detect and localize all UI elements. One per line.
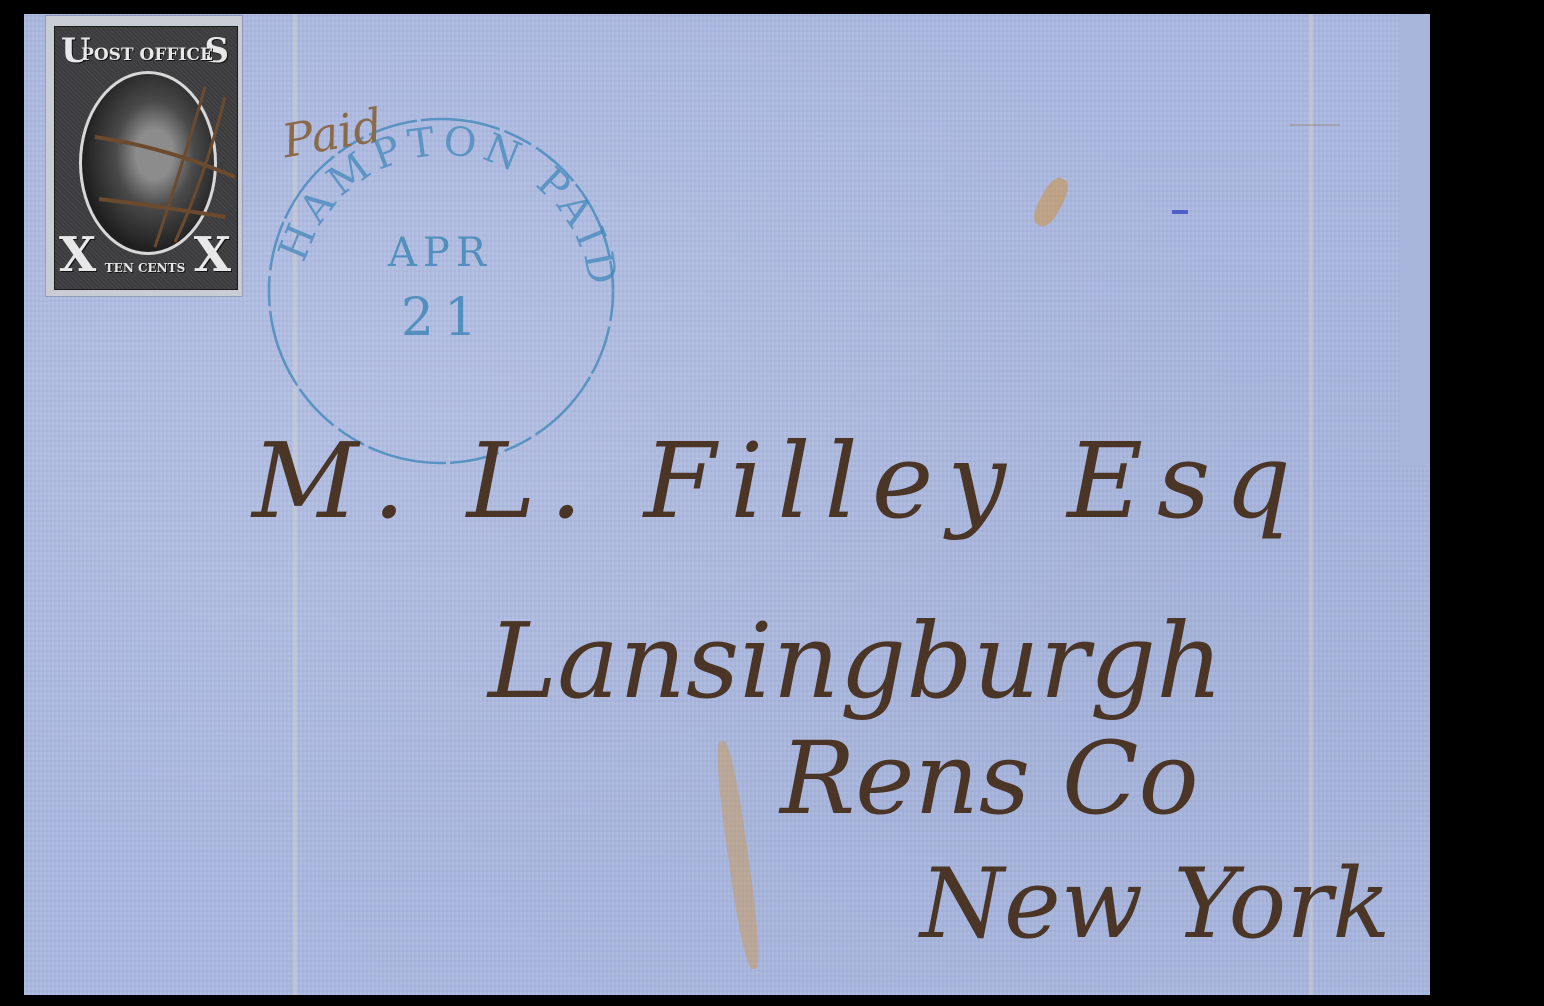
address-line-town: Lansingburgh	[488, 600, 1223, 722]
blue-ink-mark	[1172, 210, 1188, 214]
pen-cancel-icon	[55, 27, 237, 289]
address-line-name: M. L. Filley Esq	[252, 420, 1305, 542]
circular-postmark: HAMPTON PAID HAMPTON PAID APR 21	[260, 110, 622, 472]
address-line-county: Rens Co	[780, 720, 1199, 837]
stamp-design: George Washington U S POST OFFICE X X TE…	[54, 26, 238, 290]
cover-edge-flap	[1400, 14, 1430, 466]
postage-stamp: George Washington U S POST OFFICE X X TE…	[46, 16, 242, 296]
postmark-month: APR	[340, 230, 540, 276]
postmark-day: 21	[344, 288, 544, 348]
fold-crease-mark	[1290, 124, 1340, 126]
address-line-state: New York	[920, 848, 1390, 960]
